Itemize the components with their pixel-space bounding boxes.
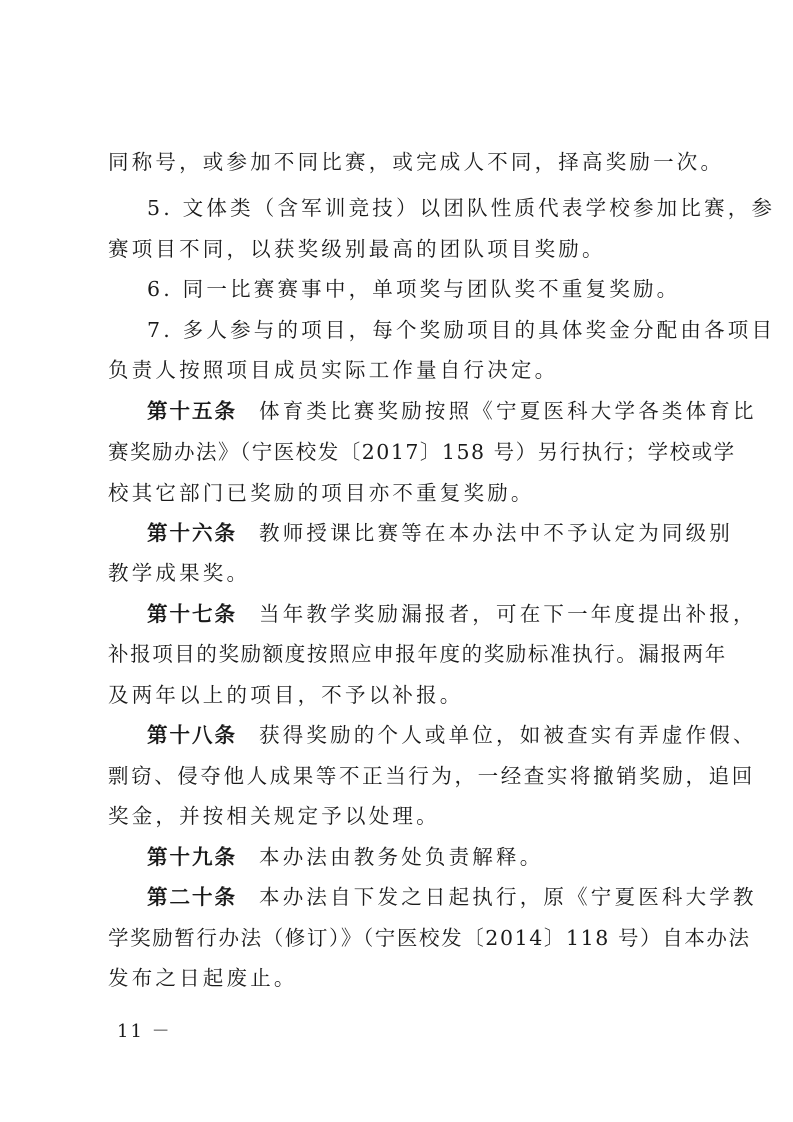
text-line: 6. 同一比赛赛事中，单项奖与团队奖不重复奖励。 (147, 277, 680, 301)
article-15: 第十五条体育类比赛奖励按照《宁夏医科大学各类体育比 (147, 399, 757, 423)
article-heading: 第十七条 (147, 602, 237, 626)
article-heading: 第十九条 (147, 845, 237, 869)
article-text: 本办法由教务处负责解释。 (259, 845, 543, 869)
text-line: 及两年以上的项目，不予以补报。 (108, 683, 464, 707)
article-text: 本办法自下发之日起执行，原《宁夏医科大学教 (259, 885, 757, 909)
article-18: 第十八条获得奖励的个人或单位，如被查实有弄虚作假、 (147, 723, 757, 747)
article-text: 当年教学奖励漏报者，可在下一年度提出补报， (259, 602, 757, 626)
article-text: 获得奖励的个人或单位，如被查实有弄虚作假、 (259, 723, 757, 747)
article-heading: 第十八条 (147, 723, 237, 747)
article-heading: 第十五条 (147, 399, 237, 423)
text-line: 5. 文体类（含军训竞技）以团队性质代表学校参加比赛，参 (147, 196, 775, 220)
text-line: 教学成果奖。 (108, 561, 250, 585)
article-16: 第十六条教师授课比赛等在本办法中不予认定为同级别 (147, 521, 733, 545)
text-line: 赛奖励办法》（宁医校发〔2017〕158 号）另行执行；学校或学 (108, 440, 736, 464)
text-line: 补报项目的奖励额度按照应申报年度的奖励标准执行。漏报两年 (108, 642, 727, 666)
article-20: 第二十条本办法自下发之日起执行，原《宁夏医科大学教 (147, 885, 757, 909)
text-line: 7. 多人参与的项目，每个奖励项目的具体奖金分配由各项目 (147, 318, 775, 342)
article-19: 第十九条本办法由教务处负责解释。 (147, 845, 543, 869)
text-line: 学奖励暂行办法（修订）》（宁医校发〔2014〕118 号）自本办法 (108, 926, 751, 950)
page-number: 11 － (117, 1017, 172, 1043)
text-line: 剽窃、侵夺他人成果等不正当行为，一经查实将撤销奖励，追回 (108, 764, 755, 788)
article-text: 体育类比赛奖励按照《宁夏医科大学各类体育比 (259, 399, 757, 423)
article-heading: 第十六条 (147, 521, 237, 545)
text-line: 发布之日起废止。 (108, 966, 298, 990)
text-line: 奖金，并按相关规定予以处理。 (108, 804, 440, 828)
article-heading: 第二十条 (147, 885, 237, 909)
text-line: 赛项目不同，以获奖级别最高的团队项目奖励。 (108, 237, 606, 261)
article-text: 教师授课比赛等在本办法中不予认定为同级别 (259, 521, 733, 545)
article-17: 第十七条当年教学奖励漏报者，可在下一年度提出补报， (147, 602, 757, 626)
text-line: 负责人按照项目成员实际工作量自行决定。 (108, 358, 558, 382)
text-line: 同称号，或参加不同比赛，或完成人不同，择高奖励一次。 (108, 150, 724, 174)
text-line: 校其它部门已奖励的项目亦不重复奖励。 (108, 481, 535, 505)
